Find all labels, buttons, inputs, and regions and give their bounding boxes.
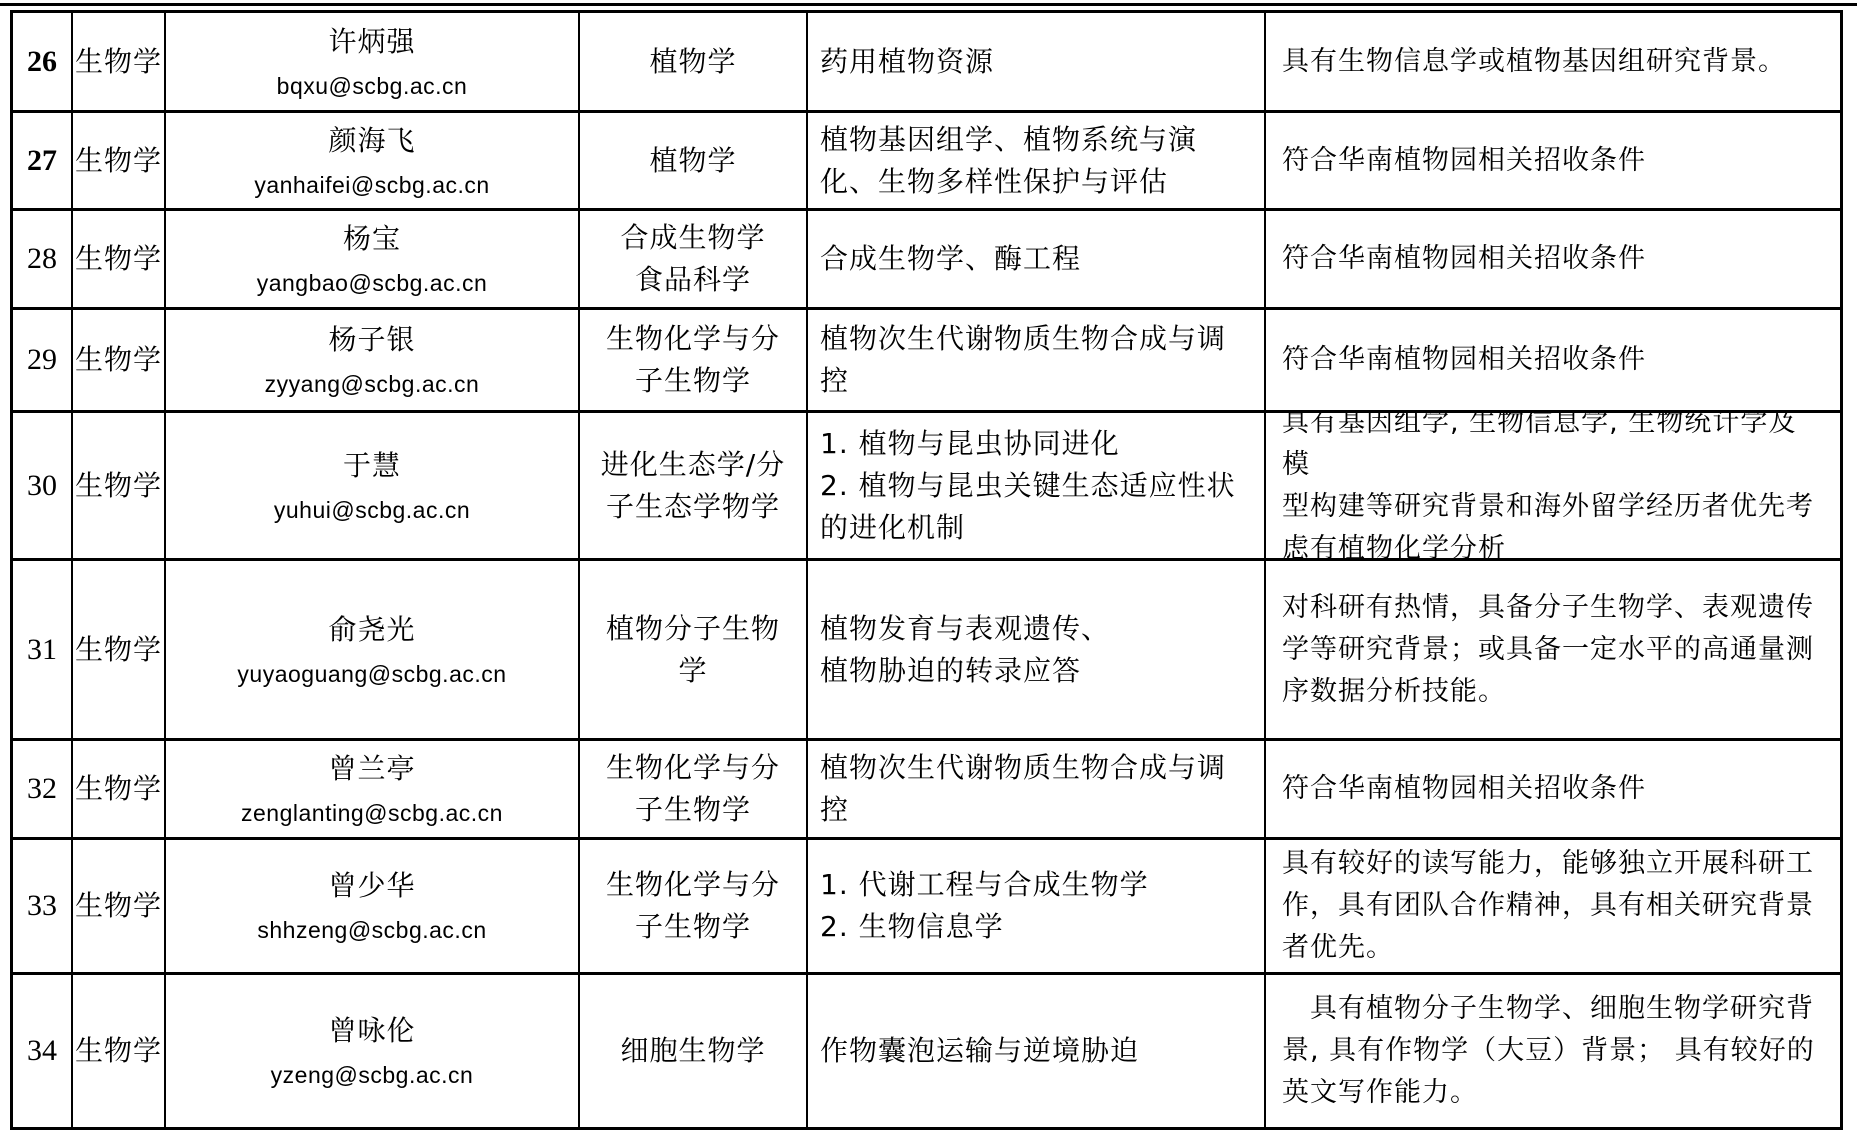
requirements-cell: 符合华南植物园相关招收条件 (1264, 113, 1840, 208)
row-number-cell: 31 (13, 561, 71, 738)
advisor-name: 于慧 (343, 446, 401, 486)
research-direction-cell: 1. 植物与昆虫协同进化 2. 植物与昆虫关键生态适应性状 的进化机制 (806, 413, 1264, 558)
discipline-cell: 生物学 (71, 113, 164, 208)
major-cell: 合成生物学 食品科学 (578, 211, 806, 307)
advisor-email: yuyaoguang@scbg.ac.cn (237, 658, 506, 690)
major-cell: 生物化学与分 子生物学 (578, 741, 806, 837)
advisor-name: 许炳强 (328, 22, 415, 62)
research-direction-cell: 合成生物学、酶工程 (806, 211, 1264, 307)
advisor-name: 颜海飞 (328, 121, 415, 161)
major-cell: 植物分子生物 学 (578, 561, 806, 738)
row-number-cell: 28 (13, 211, 71, 307)
major-cell: 进化生态学/分 子生态学物学 (578, 413, 806, 558)
table-row: 28 生物学 杨宝 yangbao@scbg.ac.cn 合成生物学 食品科学 … (13, 211, 1840, 310)
faculty-recruitment-table: 26 生物学 许炳强 bqxu@scbg.ac.cn 植物学 药用植物资源 具有… (10, 10, 1843, 1130)
advisor-email: yanhaifei@scbg.ac.cn (254, 169, 489, 201)
major-cell: 植物学 (578, 13, 806, 110)
major-cell: 植物学 (578, 113, 806, 208)
advisor-name: 曾咏伦 (328, 1011, 415, 1051)
document-page: 26 生物学 许炳强 bqxu@scbg.ac.cn 植物学 药用植物资源 具有… (0, 0, 1857, 1141)
advisor-email: yuhui@scbg.ac.cn (274, 494, 470, 526)
table-row: 27 生物学 颜海飞 yanhaifei@scbg.ac.cn 植物学 植物基因… (13, 113, 1840, 211)
research-direction-cell: 植物基因组学、植物系统与演 化、生物多样性保护与评估 (806, 113, 1264, 208)
major-cell: 细胞生物学 (578, 975, 806, 1127)
row-number-cell: 32 (13, 741, 71, 837)
advisor-email: zyyang@scbg.ac.cn (265, 368, 480, 400)
advisor-name: 杨宝 (343, 219, 401, 259)
requirements-cell: 对科研有热情，具备分子生物学、表观遗传 学等研究背景；或具备一定水平的高通量测 … (1264, 561, 1840, 738)
advisor-cell: 曾咏伦 yzeng@scbg.ac.cn (164, 975, 578, 1127)
research-direction-cell: 植物发育与表观遗传、 植物胁迫的转录应答 (806, 561, 1264, 738)
advisor-cell: 俞尧光 yuyaoguang@scbg.ac.cn (164, 561, 578, 738)
discipline-cell: 生物学 (71, 211, 164, 307)
requirements-cell: 符合华南植物园相关招收条件 (1264, 310, 1840, 410)
advisor-cell: 杨子银 zyyang@scbg.ac.cn (164, 310, 578, 410)
table-row: 32 生物学 曾兰亭 zenglanting@scbg.ac.cn 生物化学与分… (13, 741, 1840, 840)
advisor-name: 曾少华 (328, 866, 415, 906)
row-number-cell: 27 (13, 113, 71, 208)
major-cell: 生物化学与分 子生物学 (578, 310, 806, 410)
row-number-cell: 26 (13, 13, 71, 110)
row-number-cell: 29 (13, 310, 71, 410)
requirements-cell: 具有较好的读写能力，能够独立开展科研工 作，具有团队合作精神，具有相关研究背景 … (1264, 840, 1840, 972)
research-direction-cell: 植物次生代谢物质生物合成与调 控 (806, 310, 1264, 410)
page-top-rule (0, 3, 1857, 6)
row-number-cell: 30 (13, 413, 71, 558)
discipline-cell: 生物学 (71, 413, 164, 558)
discipline-cell: 生物学 (71, 13, 164, 110)
table-row: 33 生物学 曾少华 shhzeng@scbg.ac.cn 生物化学与分 子生物… (13, 840, 1840, 975)
advisor-email: yangbao@scbg.ac.cn (257, 267, 488, 299)
advisor-email: zenglanting@scbg.ac.cn (241, 797, 503, 829)
advisor-name: 杨子银 (328, 320, 415, 360)
requirements-cell: 符合华南植物园相关招收条件 (1264, 741, 1840, 837)
requirements-cell: 具有植物分子生物学、细胞生物学研究背 景, 具有作物学（大豆）背景； 具有较好的… (1264, 975, 1840, 1127)
research-direction-cell: 作物囊泡运输与逆境胁迫 (806, 975, 1264, 1127)
row-number-cell: 33 (13, 840, 71, 972)
advisor-name: 曾兰亭 (328, 749, 415, 789)
discipline-cell: 生物学 (71, 310, 164, 410)
advisor-cell: 许炳强 bqxu@scbg.ac.cn (164, 13, 578, 110)
discipline-cell: 生物学 (71, 741, 164, 837)
advisor-cell: 杨宝 yangbao@scbg.ac.cn (164, 211, 578, 307)
advisor-cell: 于慧 yuhui@scbg.ac.cn (164, 413, 578, 558)
research-direction-cell: 植物次生代谢物质生物合成与调 控 (806, 741, 1264, 837)
table-row: 31 生物学 俞尧光 yuyaoguang@scbg.ac.cn 植物分子生物 … (13, 561, 1840, 741)
research-direction-cell: 药用植物资源 (806, 13, 1264, 110)
row-number-cell: 34 (13, 975, 71, 1127)
advisor-cell: 曾少华 shhzeng@scbg.ac.cn (164, 840, 578, 972)
table-row: 29 生物学 杨子银 zyyang@scbg.ac.cn 生物化学与分 子生物学… (13, 310, 1840, 413)
discipline-cell: 生物学 (71, 561, 164, 738)
advisor-email: bqxu@scbg.ac.cn (277, 70, 468, 102)
advisor-name: 俞尧光 (328, 610, 415, 650)
advisor-email: shhzeng@scbg.ac.cn (257, 914, 486, 946)
advisor-cell: 颜海飞 yanhaifei@scbg.ac.cn (164, 113, 578, 208)
advisor-cell: 曾兰亭 zenglanting@scbg.ac.cn (164, 741, 578, 837)
table-row: 34 生物学 曾咏伦 yzeng@scbg.ac.cn 细胞生物学 作物囊泡运输… (13, 975, 1840, 1127)
discipline-cell: 生物学 (71, 975, 164, 1127)
research-direction-cell: 1. 代谢工程与合成生物学 2. 生物信息学 (806, 840, 1264, 972)
major-cell: 生物化学与分 子生物学 (578, 840, 806, 972)
requirements-cell: 具有基因组学, 生物信息学, 生物统计学及模 型构建等研究背景和海外留学经历者优… (1264, 413, 1840, 558)
advisor-email: yzeng@scbg.ac.cn (271, 1059, 474, 1091)
discipline-cell: 生物学 (71, 840, 164, 972)
requirements-cell: 符合华南植物园相关招收条件 (1264, 211, 1840, 307)
table-row: 26 生物学 许炳强 bqxu@scbg.ac.cn 植物学 药用植物资源 具有… (13, 13, 1840, 113)
requirements-cell: 具有生物信息学或植物基因组研究背景。 (1264, 13, 1840, 110)
table-row: 30 生物学 于慧 yuhui@scbg.ac.cn 进化生态学/分 子生态学物… (13, 413, 1840, 561)
